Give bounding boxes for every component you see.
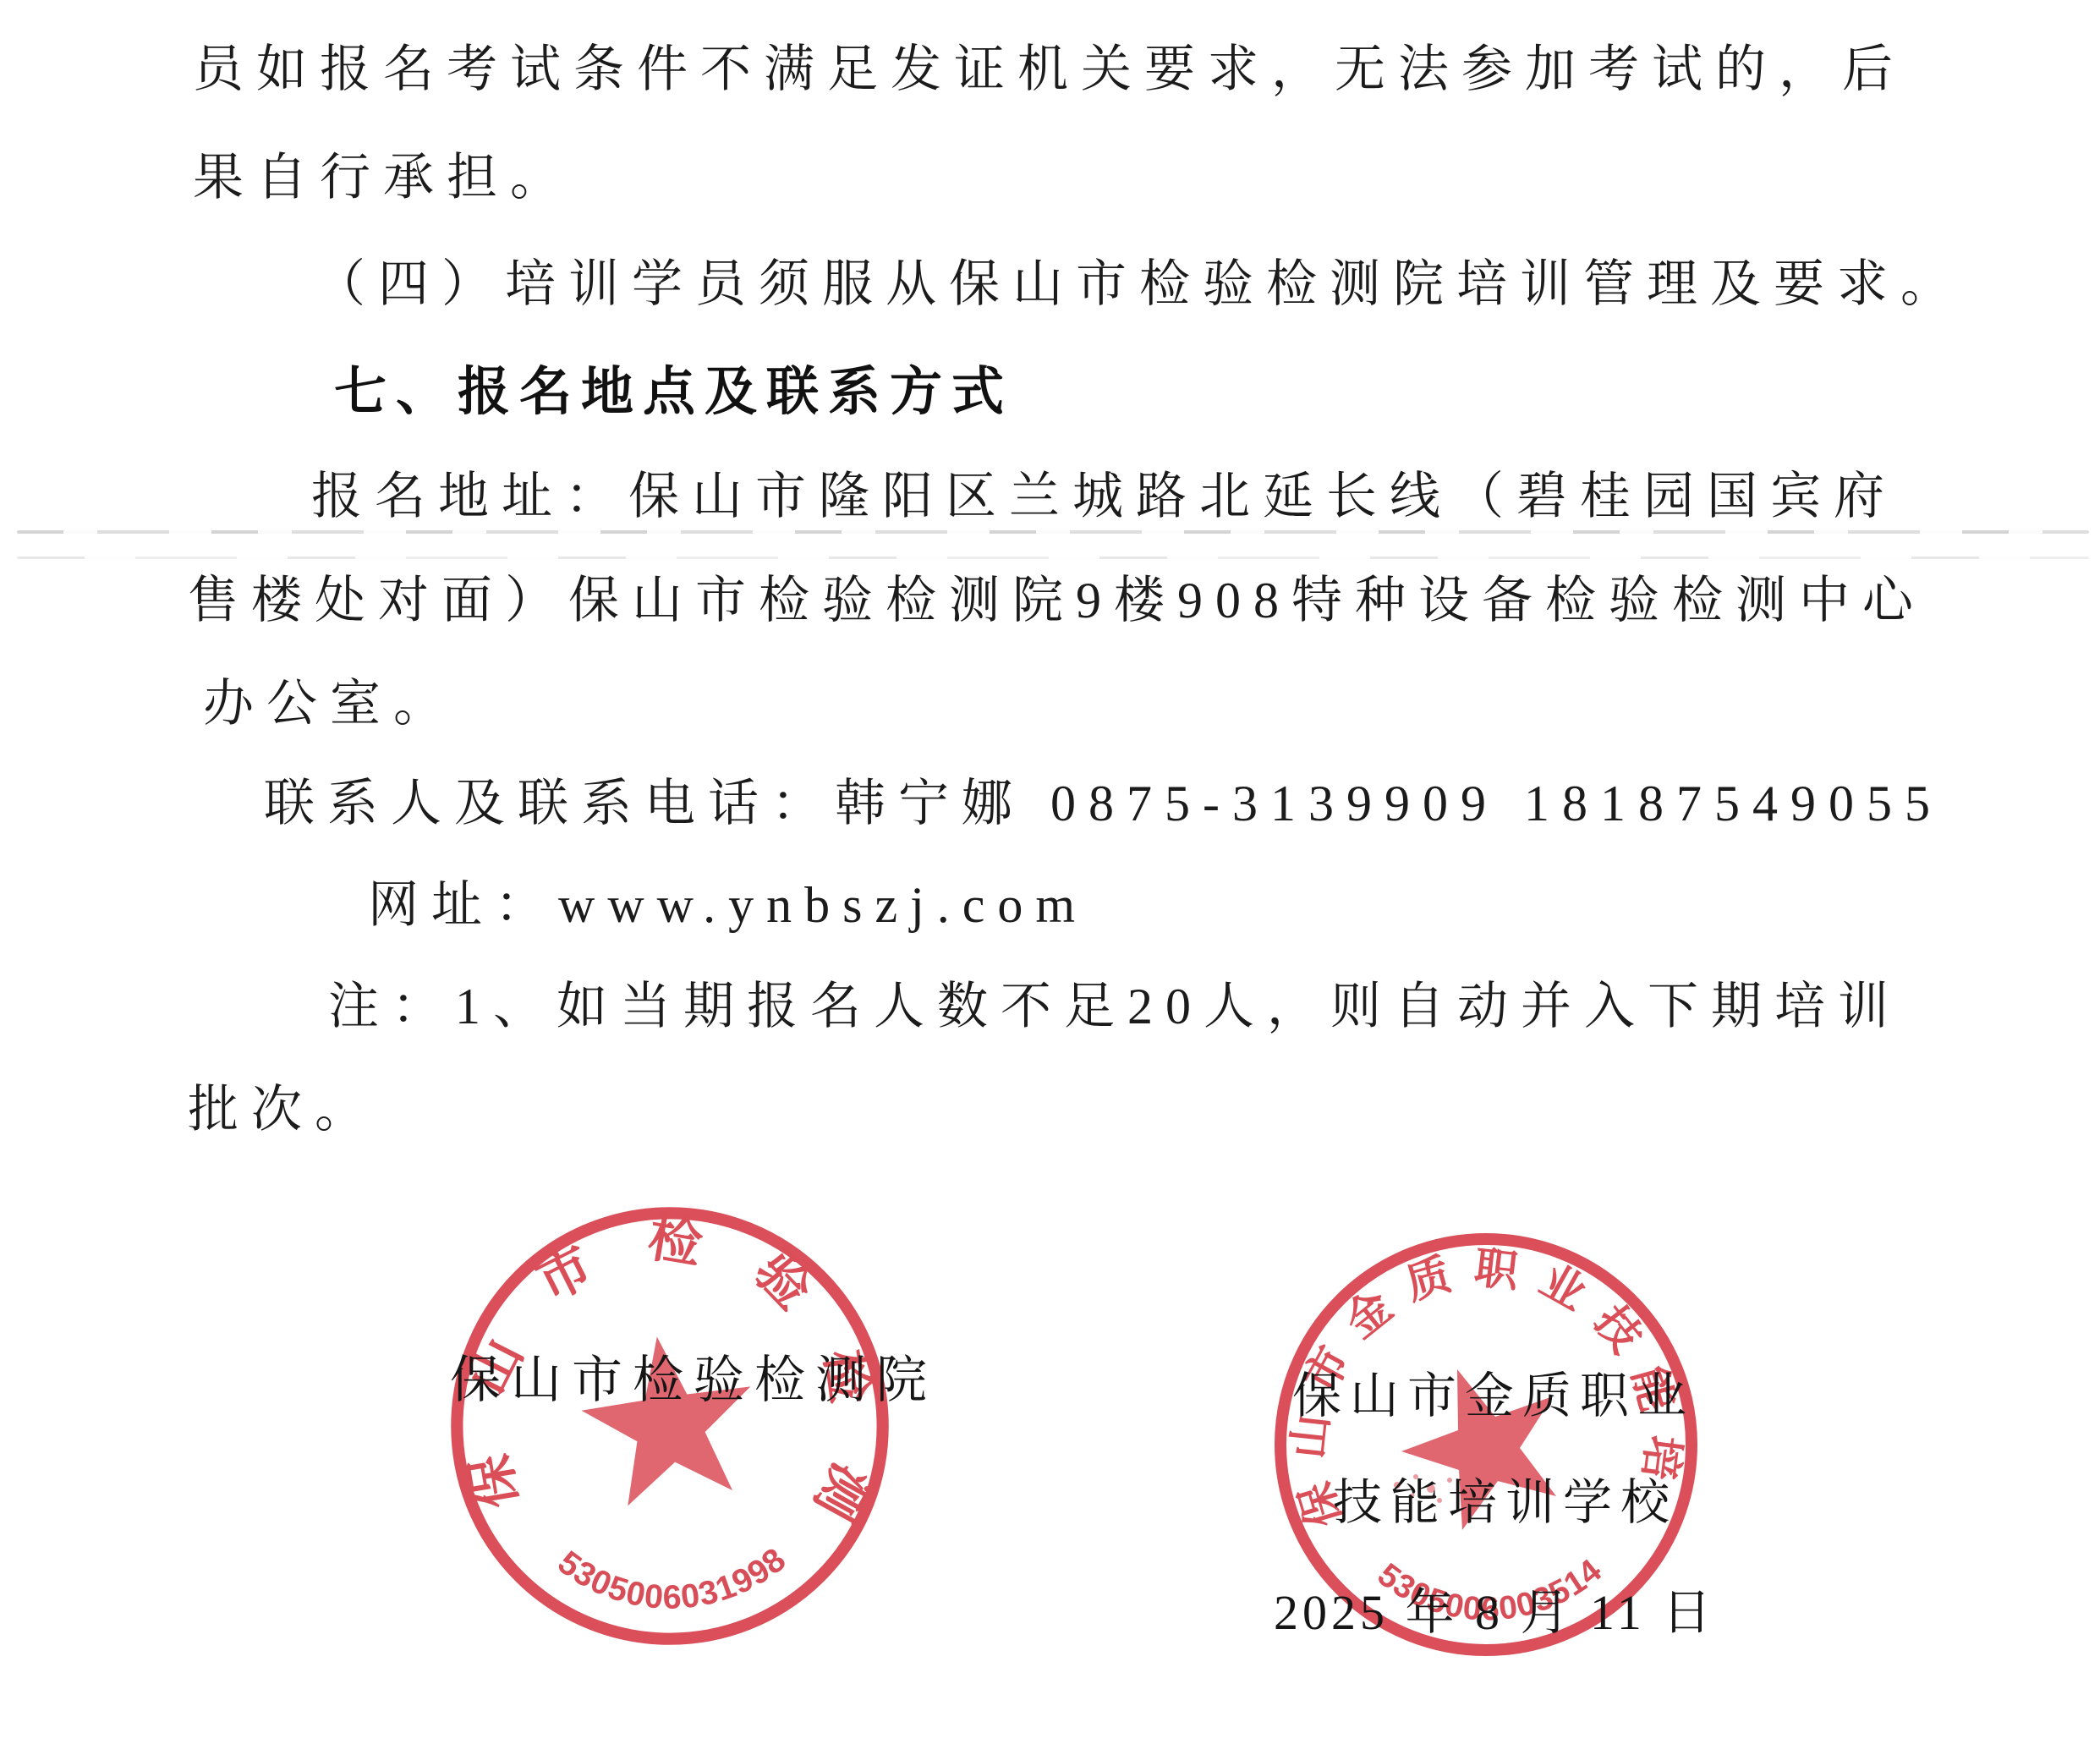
svg-text:5305006031998: 5305006031998 <box>551 1540 793 1616</box>
body-line-carryover-2: 果自行承担。 <box>193 152 573 203</box>
scanned-document-page: 员如报名考试条件不满足发证机关要求，无法参加考试的，后 果自行承担。 （四）培训… <box>0 0 2100 1755</box>
signature-org-left: 保山市检验检测院 <box>450 1355 937 1406</box>
body-line-contact: 联系人及联系电话：韩宁娜 0875-3139909 18187549055 <box>264 778 1943 829</box>
body-line-note-2: 批次。 <box>188 1084 378 1135</box>
body-line-item-four: （四）培训学员须服从保山市检验检测院培训管理及要求。 <box>315 259 1964 310</box>
signature-date: 2025 年 8 月 11 日 <box>1274 1588 1715 1637</box>
signature-org-right-line2: 技能培训学校 <box>1333 1478 1678 1527</box>
scan-artifact-streak <box>17 557 2089 559</box>
section-heading: 七、报名地点及联系方式 <box>334 366 1013 419</box>
signature-org-right-line1: 保山市金质职业 <box>1292 1372 1695 1421</box>
scan-artifact-streak <box>17 530 2089 534</box>
official-seal-left: 保山市检验检测院 5305006031998 <box>438 1194 902 1658</box>
body-line-address-1: 报名地址：保山市隆阳区兰城路北延长线（碧桂园国宾府 <box>311 471 1897 522</box>
body-line-address-3: 办公室。 <box>203 678 457 729</box>
seal-serial-left: 5305006031998 <box>551 1540 793 1616</box>
body-line-address-2: 售楼处对面）保山市检验检测院9楼908特种设备检验检测中心 <box>188 575 1926 626</box>
body-line-note-1: 注：1、如当期报名人数不足20人，则自动并入下期培训 <box>328 981 1901 1032</box>
body-line-website: 网址：www.ynbszj.com <box>368 880 1088 930</box>
body-line-carryover-1: 员如报名考试条件不满足发证机关要求，无法参加考试的，后 <box>193 44 1905 95</box>
